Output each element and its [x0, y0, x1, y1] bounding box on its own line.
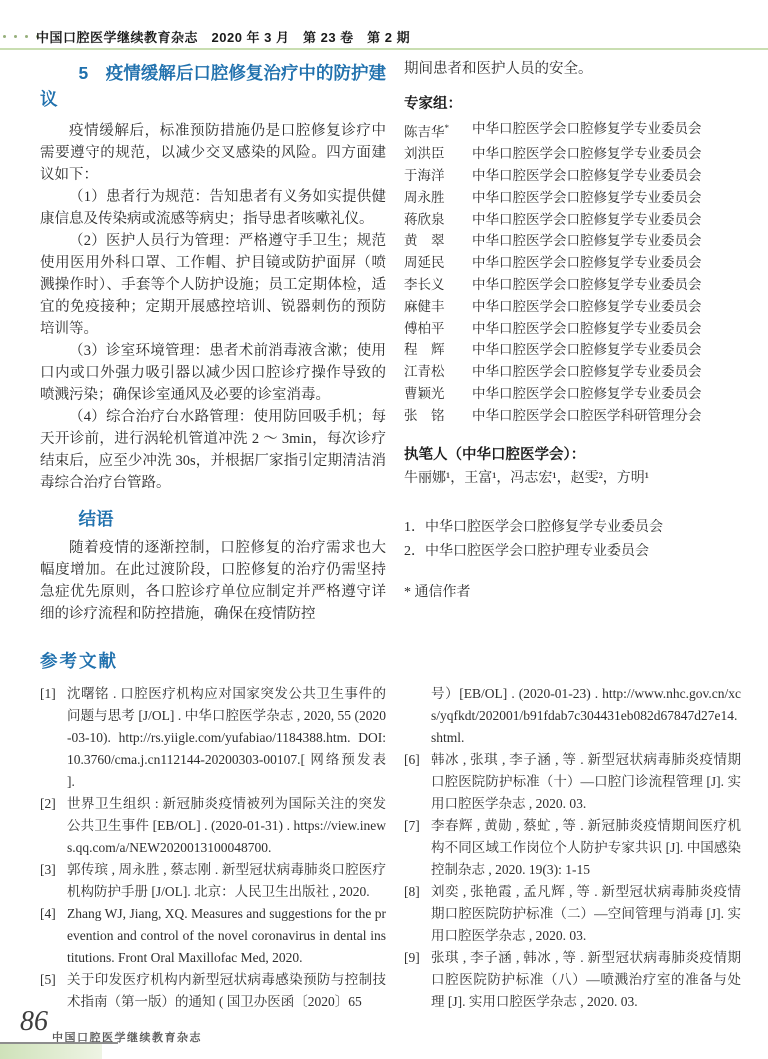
correspondence-note: * 通信作者	[404, 582, 741, 604]
reference-label: [8]	[404, 881, 420, 903]
reference-item: [2] 世界卫生组织 : 新冠肺炎疫情被列为国际关注的突发公共卫生事件 [EB/…	[40, 793, 386, 859]
expert-row: 李长义 中华口腔医学会口腔修复学专业委员会	[404, 274, 741, 296]
reference-item: [4] Zhang WJ, Jiang, XQ. Measures and su…	[40, 903, 386, 969]
article-body: 5 疫情缓解后口腔修复治疗中的防护建议 疫情缓解后，标准预防措施仍是口腔修复诊疗…	[40, 58, 741, 625]
expert-name: 江青松	[404, 364, 445, 379]
expert-name: 于海洋	[404, 168, 445, 183]
expert-affiliation: 中华口腔医学会口腔修复学专业委员会	[472, 383, 741, 405]
reference-text: 刘奕 , 张艳霞 , 孟凡辉 , 等 . 新型冠状病毒肺炎疫情期口腔医院防护标准…	[431, 884, 741, 943]
expert-affiliation: 中华口腔医学会口腔修复学专业委员会	[472, 339, 741, 361]
expert-row: 江青松 中华口腔医学会口腔修复学专业委员会	[404, 361, 741, 383]
journal-page: 中国口腔医学继续教育杂志 2020 年 3 月 第 23 卷 第 2 期 5 疫…	[0, 0, 768, 1059]
reference-text: 李春辉 , 黄勋 , 蔡虻 , 等 . 新冠肺炎疫情期间医疗机构不同区域工作岗位…	[431, 818, 741, 877]
footer-green-bar	[0, 1044, 102, 1059]
expert-group-heading: 专家组：	[404, 93, 741, 115]
expert-row: 周永胜 中华口腔医学会口腔修复学专业委员会	[404, 187, 741, 209]
margin-dots-icon	[3, 35, 39, 38]
expert-group-block: 专家组： 陈吉华* 中华口腔医学会口腔修复学专业委员会 刘洪臣 中华口腔医学会口…	[404, 93, 741, 427]
expert-affiliation: 中华口腔医学会口腔修复学专业委员会	[472, 318, 741, 340]
reference-label: [3]	[40, 859, 56, 881]
expert-name: 蒋欣泉	[404, 212, 445, 227]
reference-label: [9]	[404, 947, 420, 969]
expert-affiliation: 中华口腔医学会口腔修复学专业委员会	[472, 252, 741, 274]
expert-affiliation: 中华口腔医学会口腔医学科研管理分会	[472, 405, 741, 427]
header-divider-rule	[0, 48, 768, 50]
authors-block: 执笔人（中华口腔医学会）： 牛丽娜¹，王富¹，冯志宏¹，赵雯²，方明¹ 1．中华…	[404, 444, 741, 604]
reference-text: 郭传瑸 , 周永胜 , 蔡志刚 . 新型冠状病毒肺炎口腔医疗机构防护手册 [J/…	[67, 862, 386, 899]
reference-item: [1] 沈曙铭 . 口腔医疗机构应对国家突发公共卫生事件的问题与思考 [J/OL…	[40, 683, 386, 793]
reference-item: [7] 李春辉 , 黄勋 , 蔡虻 , 等 . 新冠肺炎疫情期间医疗机构不同区域…	[404, 815, 741, 881]
reference-text: 沈曙铭 . 口腔医疗机构应对国家突发公共卫生事件的问题与思考 [J/OL] . …	[67, 686, 386, 789]
reference-item: [8] 刘奕 , 张艳霞 , 孟凡辉 , 等 . 新型冠状病毒肺炎疫情期口腔医院…	[404, 881, 741, 947]
reference-text: Zhang WJ, Jiang, XQ. Measures and sugges…	[67, 906, 386, 965]
reference-item: [9] 张琪 , 李子涵 , 韩冰 , 等 . 新型冠状病毒肺炎疫情期口腔医院防…	[404, 947, 741, 1013]
references-heading: 参考文献	[40, 648, 741, 673]
corresponding-author-mark: *	[445, 123, 450, 133]
expert-affiliation: 中华口腔医学会口腔修复学专业委员会	[472, 361, 741, 383]
references-right-column: 号）[EB/OL] . (2020-01-23) . http://www.nh…	[404, 683, 741, 1013]
expert-affiliation: 中华口腔医学会口腔修复学专业委员会	[472, 118, 741, 143]
expert-name: 陈吉华	[404, 125, 445, 140]
expert-affiliation: 中华口腔医学会口腔修复学专业委员会	[472, 230, 741, 252]
expert-name: 黄 翠	[404, 233, 445, 248]
expert-affiliation: 中华口腔医学会口腔修复学专业委员会	[472, 296, 741, 318]
paragraph: （4）综合治疗台水路管理：使用防回吸手机；每天开诊前，进行涡轮机管道冲洗 2 ～…	[40, 406, 386, 494]
expert-name: 周延民	[404, 255, 445, 270]
right-column: 期间患者和医护人员的安全。 专家组： 陈吉华* 中华口腔医学会口腔修复学专业委员…	[404, 58, 741, 625]
expert-row: 于海洋 中华口腔医学会口腔修复学专业委员会	[404, 165, 741, 187]
expert-row: 刘洪臣 中华口腔医学会口腔修复学专业委员会	[404, 143, 741, 165]
expert-affiliation: 中华口腔医学会口腔修复学专业委员会	[472, 209, 741, 231]
expert-row: 黄 翠 中华口腔医学会口腔修复学专业委员会	[404, 230, 741, 252]
expert-name: 李长义	[404, 277, 445, 292]
expert-row: 陈吉华* 中华口腔医学会口腔修复学专业委员会	[404, 118, 741, 143]
expert-name: 麻健丰	[404, 299, 445, 314]
expert-name: 傅柏平	[404, 321, 445, 336]
conclusion-paragraph: 随着疫情的逐渐控制，口腔修复的治疗需求也大幅度增加。在此过渡阶段，口腔修复的治疗…	[40, 537, 386, 625]
expert-row: 张 铭 中华口腔医学会口腔医学科研管理分会	[404, 405, 741, 427]
reference-text: 韩冰 , 张琪 , 李子涵 , 等 . 新型冠状病毒肺炎疫情期口腔医院防护标准（…	[431, 752, 741, 811]
reference-label: [6]	[404, 749, 420, 771]
expert-row: 傅柏平 中华口腔医学会口腔修复学专业委员会	[404, 318, 741, 340]
reference-item: [3] 郭传瑸 , 周永胜 , 蔡志刚 . 新型冠状病毒肺炎口腔医疗机构防护手册…	[40, 859, 386, 903]
expert-name: 程 辉	[404, 342, 445, 357]
expert-affiliation: 中华口腔医学会口腔修复学专业委员会	[472, 165, 741, 187]
expert-name: 刘洪臣	[404, 146, 445, 161]
references-left-column: [1] 沈曙铭 . 口腔医疗机构应对国家突发公共卫生事件的问题与思考 [J/OL…	[40, 683, 386, 1013]
reference-text: 张琪 , 李子涵 , 韩冰 , 等 . 新型冠状病毒肺炎疫情期口腔医院防护标准（…	[431, 950, 741, 1009]
reference-text: 号）[EB/OL] . (2020-01-23) . http://www.nh…	[431, 686, 741, 745]
journal-header: 中国口腔医学继续教育杂志 2020 年 3 月 第 23 卷 第 2 期	[36, 27, 758, 46]
expert-row: 程 辉 中华口腔医学会口腔修复学专业委员会	[404, 339, 741, 361]
reference-label: [2]	[40, 793, 56, 815]
expert-row: 麻健丰 中华口腔医学会口腔修复学专业委员会	[404, 296, 741, 318]
authors-heading: 执笔人（中华口腔医学会）：	[404, 444, 741, 466]
reference-text: 关于印发医疗机构内新型冠状病毒感染预防与控制技术指南（第一版）的通知 ( 国卫办…	[67, 972, 386, 1009]
expert-list: 陈吉华* 中华口腔医学会口腔修复学专业委员会 刘洪臣 中华口腔医学会口腔修复学专…	[404, 118, 741, 427]
conclusion-heading: 结语	[40, 506, 386, 532]
author-affiliation: 1．中华口腔医学会口腔修复学专业委员会	[404, 516, 741, 540]
reference-label: [1]	[40, 683, 56, 705]
author-affiliations: 1．中华口腔医学会口腔修复学专业委员会 2．中华口腔医学会口腔护理专业委员会	[404, 516, 741, 564]
expert-row: 周延民 中华口腔医学会口腔修复学专业委员会	[404, 252, 741, 274]
reference-label: [7]	[404, 815, 420, 837]
expert-name: 周永胜	[404, 190, 445, 205]
reference-item: [5] 关于印发医疗机构内新型冠状病毒感染预防与控制技术指南（第一版）的通知 (…	[40, 969, 386, 1013]
reference-item: [6] 韩冰 , 张琪 , 李子涵 , 等 . 新型冠状病毒肺炎疫情期口腔医院防…	[404, 749, 741, 815]
paragraph: （3）诊室环境管理：患者术前消毒液含漱；使用口内或口外强力吸引器以减少因口腔诊疗…	[40, 340, 386, 406]
author-names: 牛丽娜¹，王富¹，冯志宏¹，赵雯²，方明¹	[404, 468, 741, 490]
paragraph: （1）患者行为规范：告知患者有义务如实提供健康信息及传染病或流感等病史；指导患者…	[40, 186, 386, 230]
expert-affiliation: 中华口腔医学会口腔修复学专业委员会	[472, 274, 741, 296]
reference-continuation: 号）[EB/OL] . (2020-01-23) . http://www.nh…	[404, 683, 741, 749]
expert-row: 曹颖光 中华口腔医学会口腔修复学专业委员会	[404, 383, 741, 405]
reference-label: [5]	[40, 969, 56, 991]
author-affiliation: 2．中华口腔医学会口腔护理专业委员会	[404, 540, 741, 564]
expert-affiliation: 中华口腔医学会口腔修复学专业委员会	[472, 187, 741, 209]
paragraph: 疫情缓解后，标准预防措施仍是口腔修复诊疗中需要遵守的规范，以减少交叉感染的风险。…	[40, 120, 386, 186]
left-column: 5 疫情缓解后口腔修复治疗中的防护建议 疫情缓解后，标准预防措施仍是口腔修复诊疗…	[40, 58, 386, 625]
expert-affiliation: 中华口腔医学会口腔修复学专业委员会	[472, 143, 741, 165]
reference-label: [4]	[40, 903, 56, 925]
conclusion-continuation: 期间患者和医护人员的安全。	[404, 58, 741, 80]
page-number: 86	[20, 1006, 48, 1038]
expert-row: 蒋欣泉 中华口腔医学会口腔修复学专业委员会	[404, 209, 741, 231]
paragraph: （2）医护人员行为管理：严格遵守手卫生；规范使用医用外科口罩、工作帽、护目镜或防…	[40, 230, 386, 340]
references-section: 参考文献 [1] 沈曙铭 . 口腔医疗机构应对国家突发公共卫生事件的问题与思考 …	[40, 648, 741, 1013]
reference-text: 世界卫生组织 : 新冠肺炎疫情被列为国际关注的突发公共卫生事件 [EB/OL] …	[67, 796, 386, 855]
expert-name: 张 铭	[404, 408, 445, 423]
section-5-heading: 5 疫情缓解后口腔修复治疗中的防护建议	[40, 60, 386, 112]
expert-name: 曹颖光	[404, 386, 445, 401]
